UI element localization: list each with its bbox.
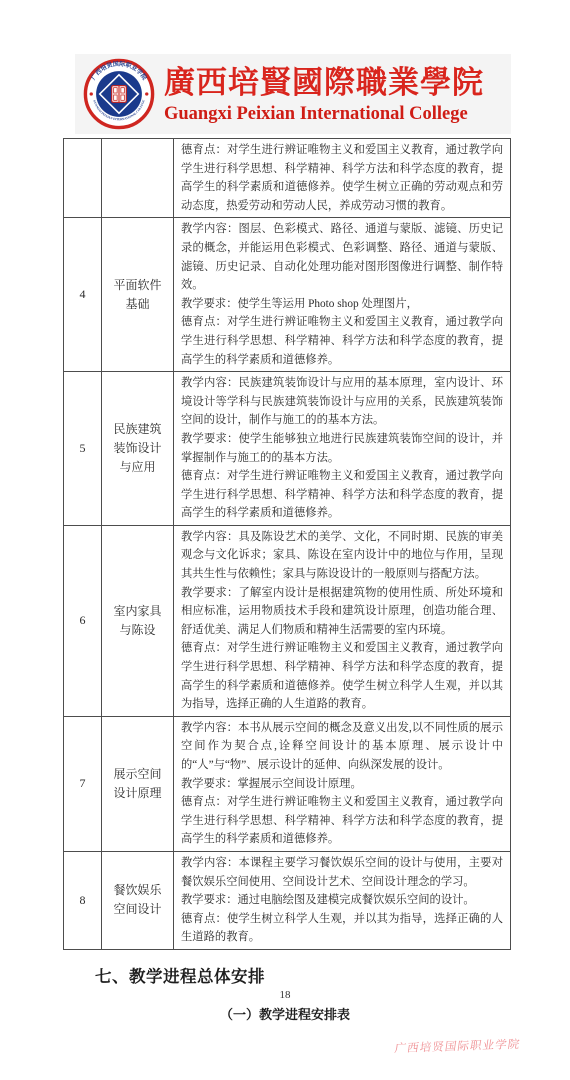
course-desc-cell: 教学内容：民族建筑装饰设计与应用的基本原理，室内设计、环境设计等学科与民族建筑装… [174, 372, 511, 526]
course-number-cell [64, 139, 102, 218]
course-name-cell: 民族建筑装饰设计与应用 [102, 372, 174, 526]
course-name-cell: 展示空间设计原理 [102, 716, 174, 851]
teaching-content-paragraph: 教学内容：本书从展示空间的概念及意义出发,以不同性质的展示空间作为契合点,诠释空… [181, 719, 503, 775]
course-desc-cell: 教学内容：本课程主要学习餐饮娱乐空间的设计与使用，主要对餐饮娱乐空间使用、空间设… [174, 851, 511, 949]
moral-education-paragraph: 德育点：对学生进行辨证唯物主义和爱国主义教育，通过教学向学生进行科学思想、科学精… [181, 793, 503, 849]
course-desc-cell: 教学内容：本书从展示空间的概念及意义出发,以不同性质的展示空间作为契合点,诠释空… [174, 716, 511, 851]
course-number-cell: 7 [64, 716, 102, 851]
course-desc-cell: 教学内容：具及陈设艺术的美学、文化，不同时期、民族的审美观念与文化诉求；家具、陈… [174, 525, 511, 716]
teaching-requirement-paragraph: 教学要求：了解室内设计是根据建筑物的使用性质、所处环境和相应标准，运用物质技术手… [181, 584, 503, 640]
course-number-cell: 4 [64, 218, 102, 372]
course-desc-cell: 德育点：对学生进行辨证唯物主义和爱国主义教育，通过教学向学生进行科学思想、科学精… [174, 139, 511, 218]
course-number-cell: 8 [64, 851, 102, 949]
college-seal-logo: 广西培贤国际职业学院 GUANGXI PEIXIAN INTERNATIONAL… [82, 57, 156, 131]
moral-education-paragraph: 德育点：使学生树立科学人生观，并以其为指导，选择正确的人生道路的教育。 [181, 910, 503, 947]
seal-star-left [90, 92, 93, 95]
college-name-english: Guangxi Peixian International College [164, 103, 484, 125]
moral-education-paragraph: 德育点：对学生进行辨证唯物主义和爱国主义教育，通过教学向学生进行科学思想、科学精… [181, 141, 503, 215]
course-number-cell: 5 [64, 372, 102, 526]
moral-education-paragraph: 德育点：对学生进行辨证唯物主义和爱国主义教育，通过教学向学生进行科学思想、科学精… [181, 467, 503, 523]
course-name-cell: 室内家具与陈设 [102, 525, 174, 716]
seal-star-right [145, 92, 148, 95]
page-number: 18 [0, 989, 570, 1001]
course-name-cell: 餐饮娱乐空间设计 [102, 851, 174, 949]
table-row-course-6: 6 室内家具与陈设 教学内容：具及陈设艺术的美学、文化，不同时期、民族的审美观念… [64, 525, 511, 716]
course-name-cell: 平面软件基础 [102, 218, 174, 372]
course-desc-cell: 教学内容：图层、色彩模式、路径、通道与蒙版、滤镜、历史记录的概念，并能运用色彩模… [174, 218, 511, 372]
course-name-cell [102, 139, 174, 218]
teaching-requirement-paragraph: 教学要求：掌握展示空间设计原理。 [181, 775, 503, 794]
table-row-course-5: 5 民族建筑装饰设计与应用 教学内容：民族建筑装饰设计与应用的基本原理，室内设计… [64, 372, 511, 526]
header-titles: 廣西培賢國際職業學院 Guangxi Peixian International… [164, 63, 484, 125]
table-row-course-4: 4 平面软件基础 教学内容：图层、色彩模式、路径、通道与蒙版、滤镜、历史记录的概… [64, 218, 511, 372]
section-subheading: （一）教学进程安排表 [0, 1004, 570, 1023]
table-row-course-7: 7 展示空间设计原理 教学内容：本书从展示空间的概念及意义出发,以不同性质的展示… [64, 716, 511, 851]
course-number-cell: 6 [64, 525, 102, 716]
document-page: 广西培贤国际职业学院 GUANGXI PEIXIAN INTERNATIONAL… [0, 0, 570, 1080]
header: 广西培贤国际职业学院 GUANGXI PEIXIAN INTERNATIONAL… [75, 54, 511, 134]
teaching-content-paragraph: 教学内容：本课程主要学习餐饮娱乐空间的设计与使用，主要对餐饮娱乐空间使用、空间设… [181, 854, 503, 891]
table-row-continuation: 德育点：对学生进行辨证唯物主义和爱国主义教育，通过教学向学生进行科学思想、科学精… [64, 139, 511, 218]
college-signature-watermark: 广西培贤国际职业学院 [394, 1036, 522, 1056]
moral-education-paragraph: 德育点：对学生进行辨证唯物主义和爱国主义教育，通过教学向学生进行科学思想、科学精… [181, 313, 503, 369]
section-heading: 七、教学进程总体安排 [95, 963, 570, 987]
teaching-requirement-paragraph: 教学要求：通过电脑绘图及建模完成餐饮娱乐空间的设计。 [181, 891, 503, 910]
teaching-content-paragraph: 教学内容：具及陈设艺术的美学、文化，不同时期、民族的审美观念与文化诉求；家具、陈… [181, 528, 503, 584]
teaching-requirement-paragraph: 教学要求：使学生等运用 Photo shop 处理图片， [181, 295, 503, 314]
course-description-table: 德育点：对学生进行辨证唯物主义和爱国主义教育，通过教学向学生进行科学思想、科学精… [63, 138, 511, 950]
teaching-content-paragraph: 教学内容：民族建筑装饰设计与应用的基本原理，室内设计、环境设计等学科与民族建筑装… [181, 374, 503, 430]
college-name-chinese: 廣西培賢國際職業學院 [164, 63, 484, 103]
moral-education-paragraph: 德育点：对学生进行辨证唯物主义和爱国主义教育，通过教学向学生进行科学思想、科学精… [181, 639, 503, 713]
teaching-content-paragraph: 教学内容：图层、色彩模式、路径、通道与蒙版、滤镜、历史记录的概念，并能运用色彩模… [181, 220, 503, 294]
table-row-course-8: 8 餐饮娱乐空间设计 教学内容：本课程主要学习餐饮娱乐空间的设计与使用，主要对餐… [64, 851, 511, 949]
teaching-requirement-paragraph: 教学要求：使学生能够独立地进行民族建筑装饰空间的设计，并掌握制作与施工的的基本方… [181, 430, 503, 467]
